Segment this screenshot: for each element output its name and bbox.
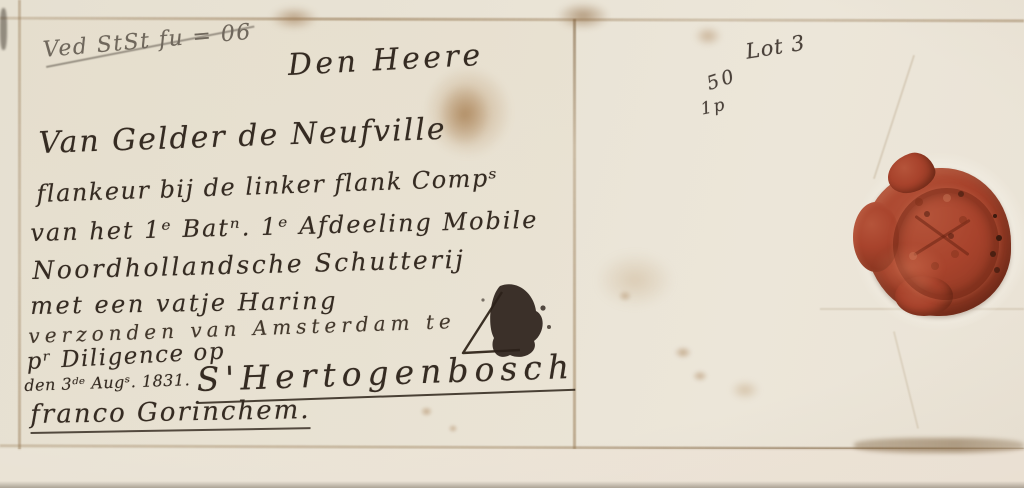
stain-dot: [692, 370, 708, 382]
routing-line: franco Gorinchem.: [30, 395, 311, 434]
auction-lot-mark: Lot 3: [744, 31, 807, 64]
seal-dark-specks: [993, 214, 997, 218]
left-edge-smudge: [0, 8, 7, 50]
ink-blot: [450, 278, 560, 373]
letter-photo: Ved StSt fu = 06 Den Heere Van Gelder de…: [0, 0, 1024, 488]
seal-emboss-texture: [853, 156, 857, 160]
stain-top-middle: [556, 2, 610, 30]
stain-bottom-right-dirt: [854, 438, 1024, 453]
stain-dot: [730, 380, 760, 400]
stain-dot: [448, 424, 458, 433]
seal-gloss-highlight: [873, 244, 945, 292]
stain-top-crease: [270, 6, 318, 30]
ink-blot-drawing: [450, 278, 560, 373]
stain-dot: [618, 290, 632, 302]
auction-mark-1p: 1p: [699, 95, 728, 120]
stain-dot: [674, 346, 692, 359]
stain-mid-right: [596, 252, 674, 308]
wax-seal: [853, 156, 1023, 326]
auction-mark-50: 50: [704, 65, 740, 95]
stain-near-lot-mark: [694, 26, 722, 46]
fold-crease-left: [18, 0, 21, 450]
stain-dot: [420, 406, 433, 417]
photo-bottom-shadow: [0, 481, 1024, 488]
fold-crease-diagonal-lower: [893, 331, 919, 429]
